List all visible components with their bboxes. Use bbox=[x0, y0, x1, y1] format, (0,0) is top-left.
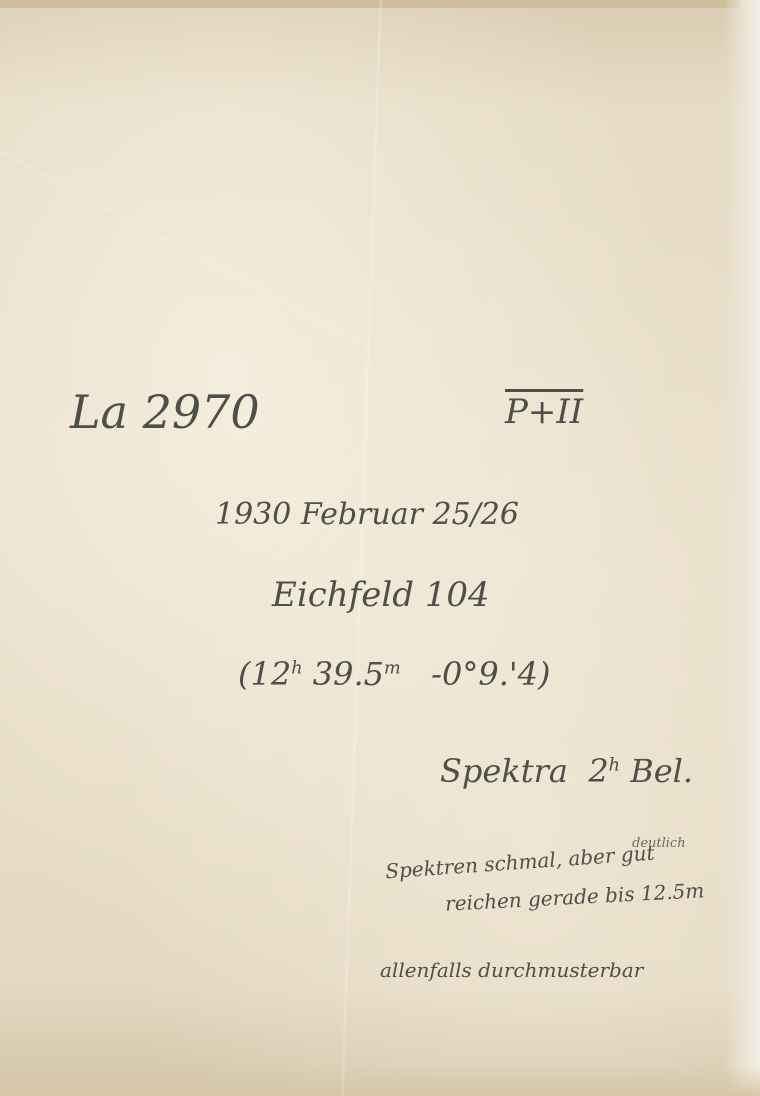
field-name: Eichfeld 104 bbox=[272, 575, 490, 615]
note-line-b: reichen gerade bis 12.5m bbox=[445, 878, 705, 916]
plate-number: La 2970 bbox=[70, 385, 260, 439]
plate-series: P+II bbox=[505, 392, 583, 432]
observation-date: 1930 Februar 25/26 bbox=[215, 497, 519, 532]
spectra-note: Spektra 2h Bel. bbox=[440, 752, 693, 790]
note-assessment: allenfalls durchmusterbar bbox=[380, 958, 643, 982]
paper-crease bbox=[0, 150, 371, 349]
paper-right-edge bbox=[724, 0, 760, 1096]
note-line-a: Spektren schmal, aber gut bbox=[384, 841, 655, 884]
coordinates: (12h 39.5m -0°9.'4) bbox=[238, 655, 551, 693]
envelope-paper: La 2970 P+II 1930 Februar 25/26 Eichfeld… bbox=[0, 0, 760, 1096]
paper-top-edge bbox=[0, 0, 740, 8]
paper-crease bbox=[341, 0, 382, 1095]
paper-bottom-edge bbox=[0, 1066, 760, 1096]
